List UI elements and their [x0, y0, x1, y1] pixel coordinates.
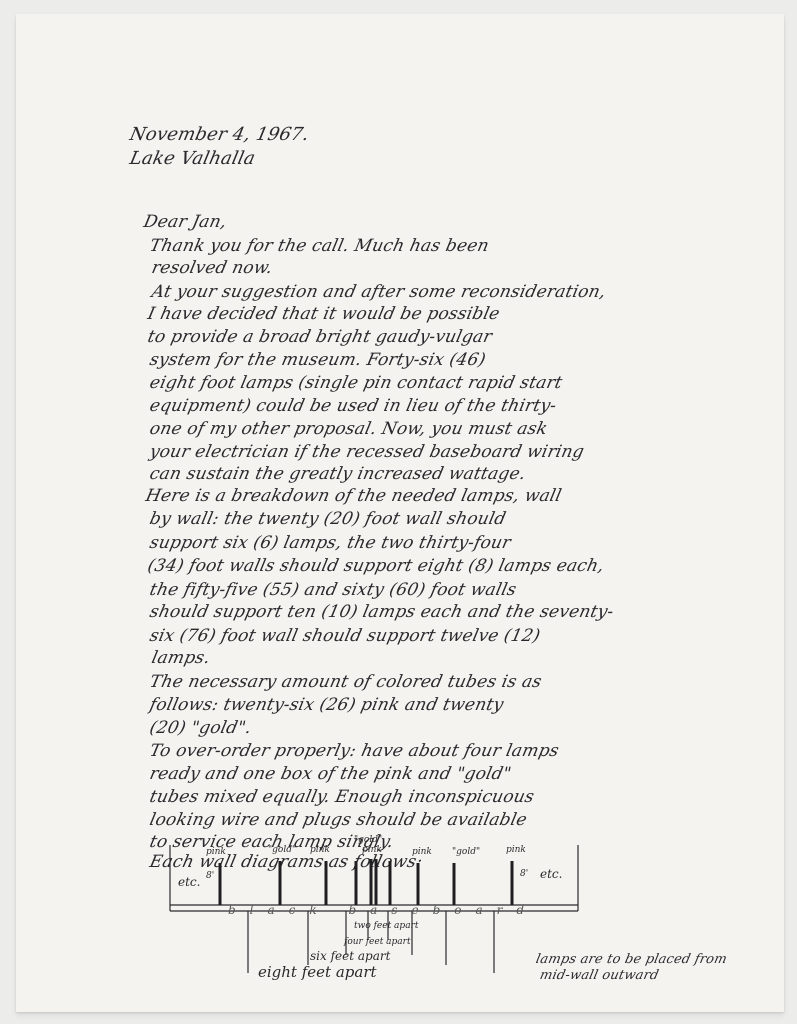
left-etc-label: etc. [178, 875, 200, 889]
body-line: lamps. [150, 648, 212, 668]
diagram-note-line1: lamps are to be placed from [534, 952, 728, 967]
tube-label: pink [506, 845, 526, 855]
body-line: The necessary amount of colored tubes is… [148, 672, 544, 692]
body-line: can sustain the greatly increased wattag… [148, 464, 528, 484]
body-line: one of my other proposal. Now, you must … [148, 419, 549, 439]
right-etc-label: etc. [540, 867, 562, 881]
body-line: At your suggestion and after some recons… [150, 282, 608, 302]
diagram-note-line2: mid-wall outward [538, 968, 660, 983]
spacing-label: four feet apart [344, 937, 411, 947]
body-line: your electrician if the recessed baseboa… [148, 442, 586, 462]
body-line: should support ten (10) lamps each and t… [148, 602, 616, 622]
body-line: six (76) foot wall should support twelve… [148, 626, 542, 646]
tube-label: "gold" [452, 847, 480, 857]
body-line: the fifty-five (55) and sixty (60) foot … [148, 580, 518, 600]
body-line: eight foot lamps (single pin contact rap… [148, 373, 564, 393]
body-line: by wall: the twenty (20) foot wall shoul… [148, 509, 508, 529]
tube-label: pink [362, 845, 382, 855]
baseboard-label: black baseboard [228, 903, 538, 917]
body-line: follows: twenty-six (26) pink and twenty [148, 695, 506, 715]
left-dimension: 8' [206, 871, 214, 881]
spacing-label: two feet apart [354, 921, 418, 931]
spacing-label: six feet apart [310, 949, 390, 963]
wall-diagram: pink "gold" pink "gold" pink pink "gold"… [168, 845, 588, 985]
body-line: I have decided that it would be possible [146, 304, 502, 324]
tube-label: "gold" [268, 845, 296, 855]
body-line: looking wire and plugs should be availab… [148, 810, 529, 830]
body-line: support six (6) lamps, the two thirty-fo… [148, 533, 513, 553]
body-line: Here is a breakdown of the needed lamps,… [144, 486, 564, 506]
body-line: Thank you for the call. Much has been [148, 236, 491, 256]
letter-place: Lake Valhalla [128, 148, 257, 169]
spacing-label: eight feet apart [258, 963, 377, 981]
body-line: tubes mixed equally. Enough inconspicuou… [148, 787, 536, 807]
body-line: (34) foot walls should support eight (8)… [146, 556, 606, 576]
letter-salutation: Dear Jan, [142, 212, 229, 232]
body-line: system for the museum. Forty-six (46) [148, 350, 488, 370]
body-line: ready and one box of the pink and "gold" [148, 764, 513, 784]
tube-label: pink [206, 847, 226, 857]
tube-label: pink [310, 845, 330, 855]
body-line: resolved now. [150, 258, 275, 278]
body-line: to provide a broad bright gaudy-vulgar [146, 327, 494, 347]
tube-label: "gold" [354, 835, 382, 845]
letter-date: November 4, 1967. [128, 124, 311, 145]
body-line: (20) "gold". [148, 718, 253, 738]
body-line: To over-order properly: have about four … [148, 741, 561, 761]
tube-label: pink [412, 847, 432, 857]
right-dimension: 8' [520, 869, 528, 879]
body-line: equipment) could be used in lieu of the … [148, 396, 558, 416]
